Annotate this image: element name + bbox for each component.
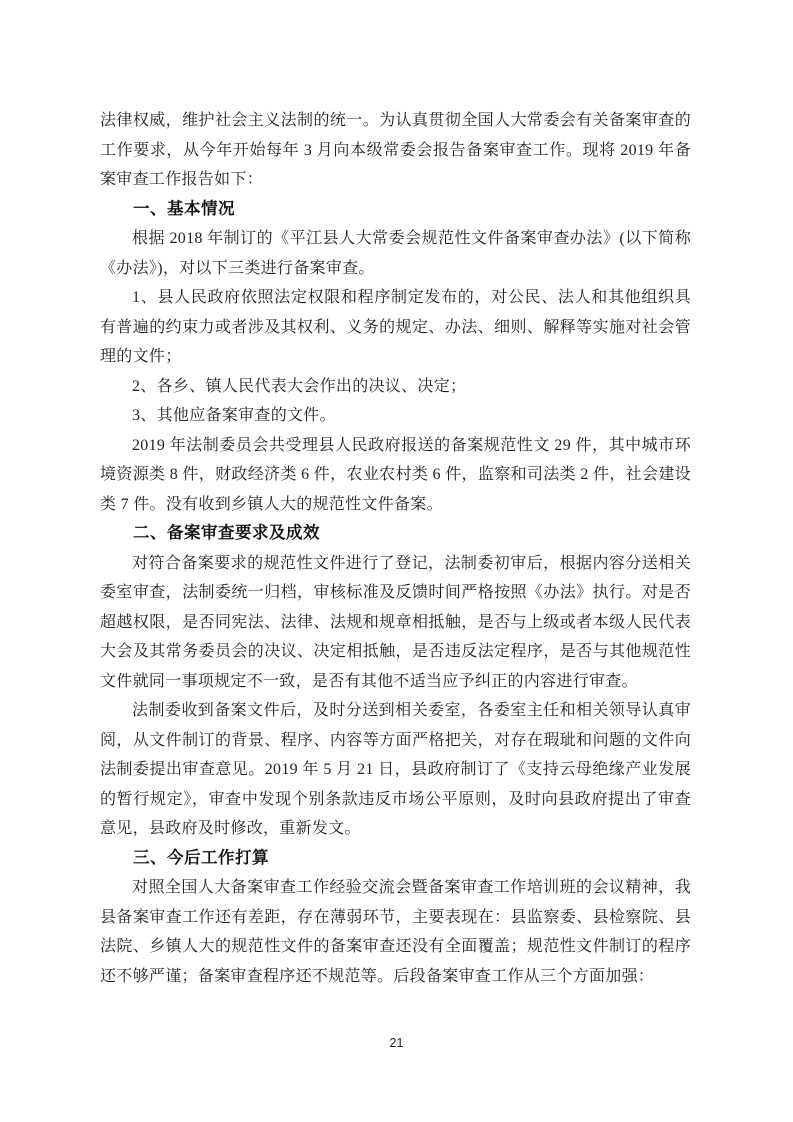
para-2019-statistics: 2019 年法制委员会共受理县人民政府报送的备案规范性文 29 件，其中城市环境…	[100, 431, 691, 520]
heading-future-plans: 三、今后工作打算	[100, 844, 691, 874]
para-category-2: 2、各乡、镇人民代表大会作出的决议、决定；	[100, 372, 691, 402]
page-number: 21	[0, 1036, 793, 1050]
heading-review-requirements: 二、备案审查要求及成效	[100, 519, 691, 549]
heading-basic-situation: 一、基本情况	[100, 195, 691, 225]
para-category-1: 1、县人民政府依照法定权限和程序制定发布的，对公民、法人和其他组织具有普遍的约束…	[100, 283, 691, 372]
para-review-process: 对符合备案要求的规范性文件进行了登记，法制委初审后，根据内容分送相关委室审查，法…	[100, 549, 691, 697]
para-category-3: 3、其他应备案审查的文件。	[100, 401, 691, 431]
para-continuation: 法律权威，维护社会主义法制的统一。为认真贯彻全国人大常委会有关备案审查的工作要求…	[100, 106, 691, 195]
para-review-example: 法制委收到备案文件后，及时分送到相关委室，各委室主任和相关领导认真审阅，从文件制…	[100, 696, 691, 844]
document-page: 法律权威，维护社会主义法制的统一。为认真贯彻全国人大常委会有关备案审查的工作要求…	[0, 0, 793, 1122]
document-body: 法律权威，维护社会主义法制的统一。为认真贯彻全国人大常委会有关备案审查的工作要求…	[100, 106, 691, 991]
para-gaps-and-plans: 对照全国人大备案审查工作经验交流会暨备案审查工作培训班的会议精神，我县备案审查工…	[100, 873, 691, 991]
para-review-basis: 根据 2018 年制订的《平江县人大常委会规范性文件备案审查办法》(以下简称《办…	[100, 224, 691, 283]
